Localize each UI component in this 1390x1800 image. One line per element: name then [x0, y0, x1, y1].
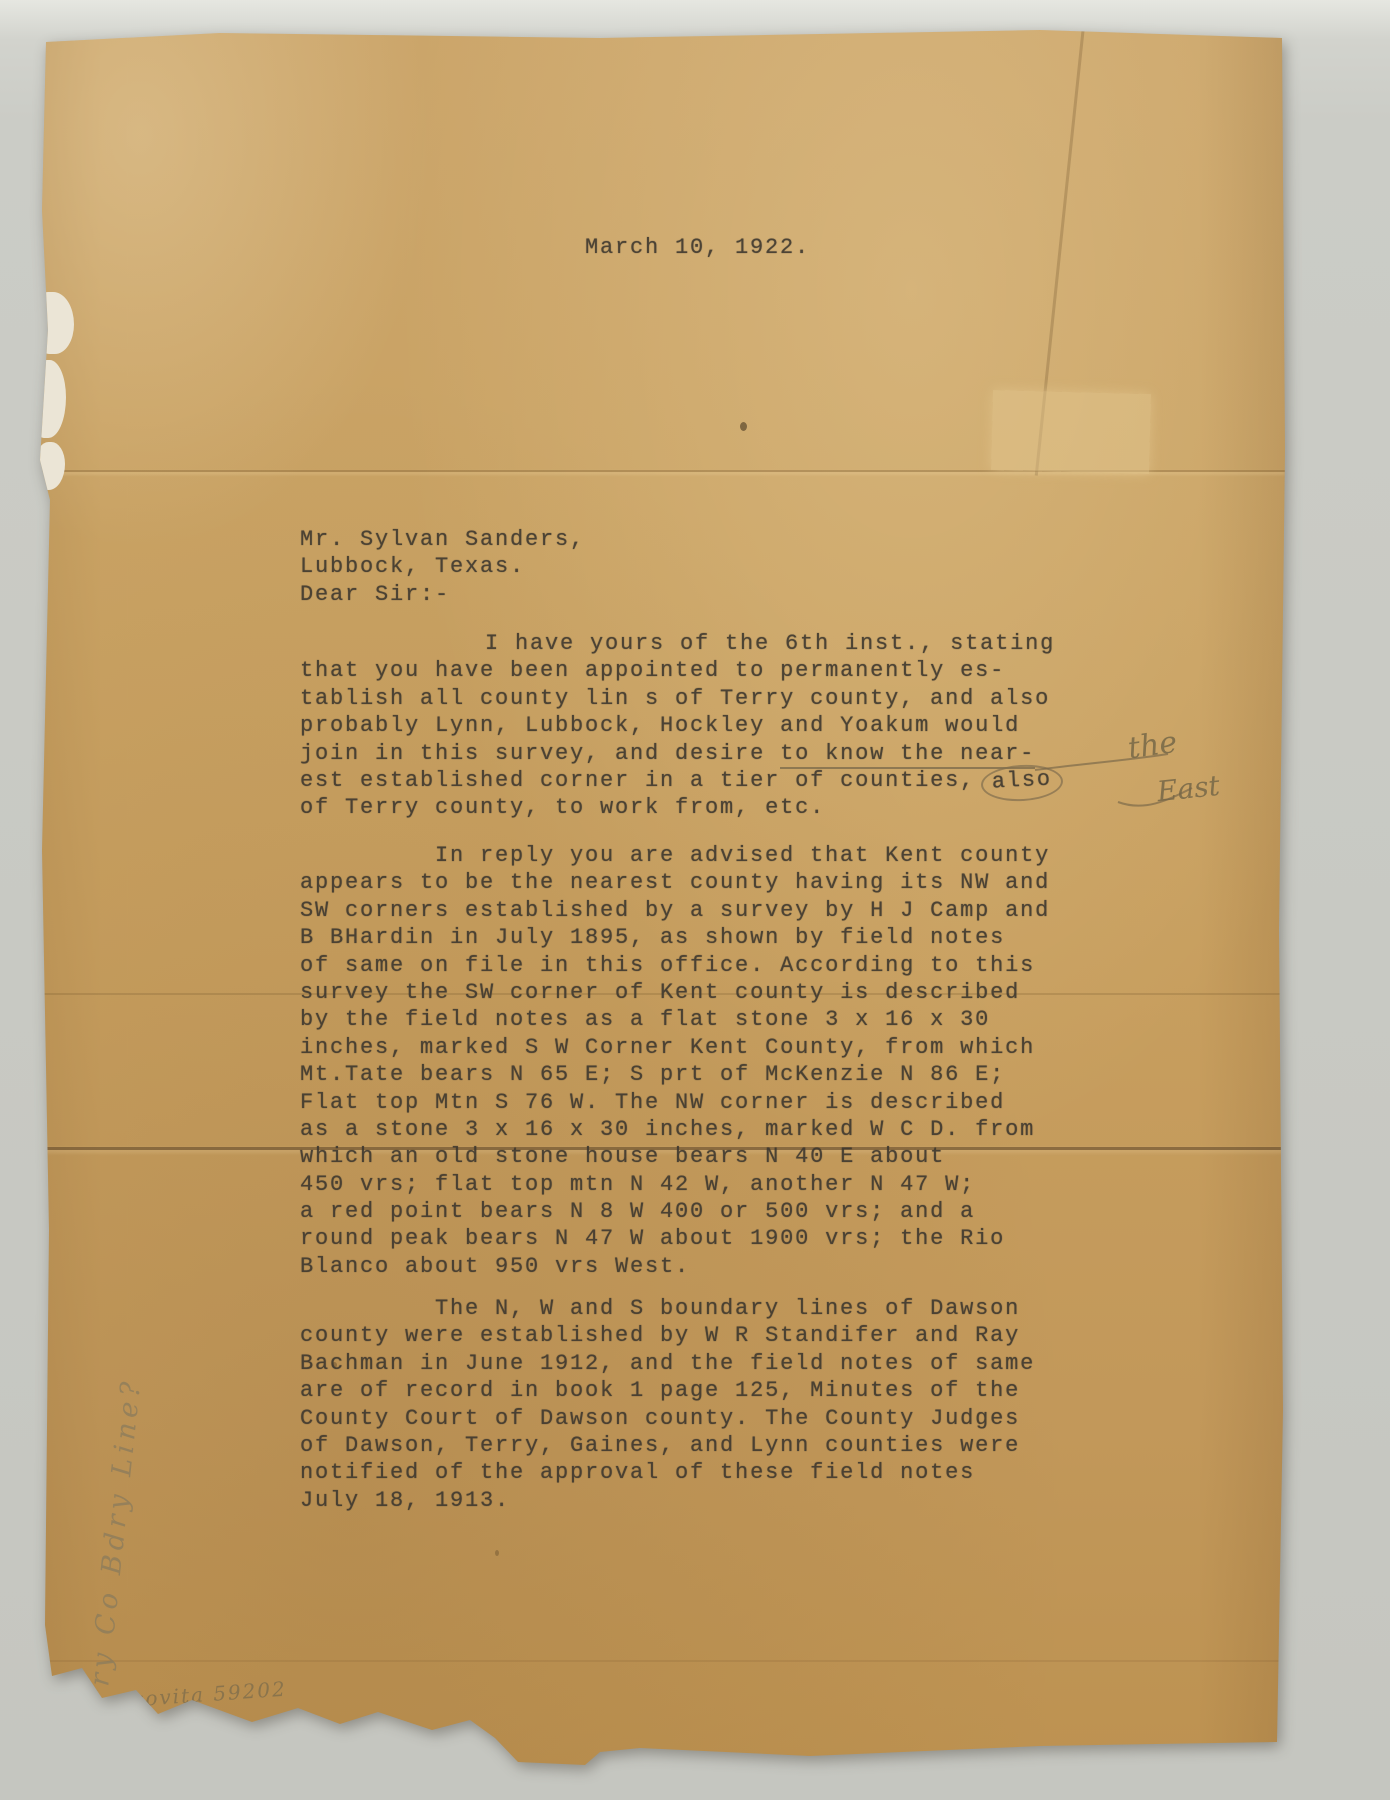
text-line: round peak bears N 47 W about 1900 vrs; … [300, 1225, 1050, 1252]
text-line: that you have been appointed to permanen… [300, 657, 1055, 684]
text-line: by the field notes as a flat stone 3 x 1… [300, 1006, 1050, 1033]
margin-note-east: East [1155, 769, 1221, 808]
text-line: I have yours of the 6th inst., stating [300, 630, 1055, 657]
text-line: of Dawson, Terry, Gaines, and Lynn count… [300, 1432, 1035, 1459]
text-line: as a stone 3 x 16 x 30 inches, marked W … [300, 1116, 1050, 1143]
text-line: Bachman in June 1912, and the field note… [300, 1350, 1035, 1377]
ink-speck [740, 422, 747, 431]
text-line: tablish all county lin s of Terry county… [300, 685, 1055, 712]
horizontal-crease-bottom [40, 1660, 1285, 1662]
vertical-margin-note: Terry Co Bdry Line? [78, 1376, 148, 1748]
text-line: County Court of Dawson county. The Count… [300, 1405, 1035, 1432]
text-line: join in this survey, and desire to know … [300, 740, 1055, 767]
letter-paper: March 10, 1922. Mr. Sylvan Sanders,Lubbo… [40, 30, 1285, 1765]
text-line: Lubbock, Texas. [300, 553, 585, 580]
text-line: county were established by W R Standifer… [300, 1322, 1035, 1349]
text-line: appears to be the nearest county having … [300, 869, 1050, 896]
text-line: est established corner in a tier of coun… [300, 767, 1055, 794]
scanned-letter-page: { "letter": { "date": "March 10, 1922.",… [0, 0, 1390, 1800]
pencil-underlined-text: to know the near- [780, 741, 1035, 769]
vertical-fold-crease [1035, 26, 1085, 476]
margin-note-the: the [1126, 725, 1180, 766]
text-line: a red point bears N 8 W 400 or 500 vrs; … [300, 1198, 1050, 1225]
file-number-annotation: covita 59202 [131, 1677, 287, 1712]
text-line: which an old stone house bears N 40 E ab… [300, 1143, 1050, 1170]
left-edge-tear [32, 360, 66, 438]
text-line: of Terry county, to work from, etc. [300, 794, 1055, 821]
left-edge-tear [34, 292, 74, 354]
text-line: Dear Sir:- [300, 581, 585, 608]
horizontal-crease-top [40, 470, 1285, 472]
text-line: probably Lynn, Lubbock, Hockley and Yoak… [300, 712, 1055, 739]
text-line: SW corners established by a survey by H … [300, 897, 1050, 924]
text-line: The N, W and S boundary lines of Dawson [300, 1295, 1035, 1322]
text-line: B BHardin in July 1895, as shown by fiel… [300, 924, 1050, 951]
text-line: are of record in book 1 page 125, Minute… [300, 1377, 1035, 1404]
address-block: Mr. Sylvan Sanders,Lubbock, Texas.Dear S… [300, 526, 585, 608]
paragraph-3: The N, W and S boundary lines of Dawsonc… [300, 1295, 1035, 1514]
text-line: Mr. Sylvan Sanders, [300, 526, 585, 553]
paper-stain [495, 1550, 499, 1556]
text-line: notified of the approval of these field … [300, 1459, 1035, 1486]
text-line: Flat top Mtn S 76 W. The NW corner is de… [300, 1089, 1050, 1116]
text-line: Blanco about 950 vrs West. [300, 1253, 1050, 1280]
text-line: Mt.Tate bears N 65 E; S prt of McKenzie … [300, 1061, 1050, 1088]
text-line: of same on file in this office. Accordin… [300, 952, 1050, 979]
text-line: inches, marked S W Corner Kent County, f… [300, 1034, 1050, 1061]
tape-repair-patch [991, 390, 1151, 474]
text-line: survey the SW corner of Kent county is d… [300, 979, 1050, 1006]
paragraph-1: I have yours of the 6th inst., stating t… [300, 630, 1055, 822]
left-edge-tear [35, 442, 65, 490]
text-line: July 18, 1913. [300, 1487, 1035, 1514]
text-line: In reply you are advised that Kent count… [300, 842, 1050, 869]
paragraph-2: In reply you are advised that Kent count… [300, 842, 1050, 1280]
letter-paper-wrap: March 10, 1922. Mr. Sylvan Sanders,Lubbo… [40, 30, 1285, 1765]
text-line: 450 vrs; flat top mtn N 42 W, another N … [300, 1171, 1050, 1198]
letter-date: March 10, 1922. [585, 235, 810, 260]
